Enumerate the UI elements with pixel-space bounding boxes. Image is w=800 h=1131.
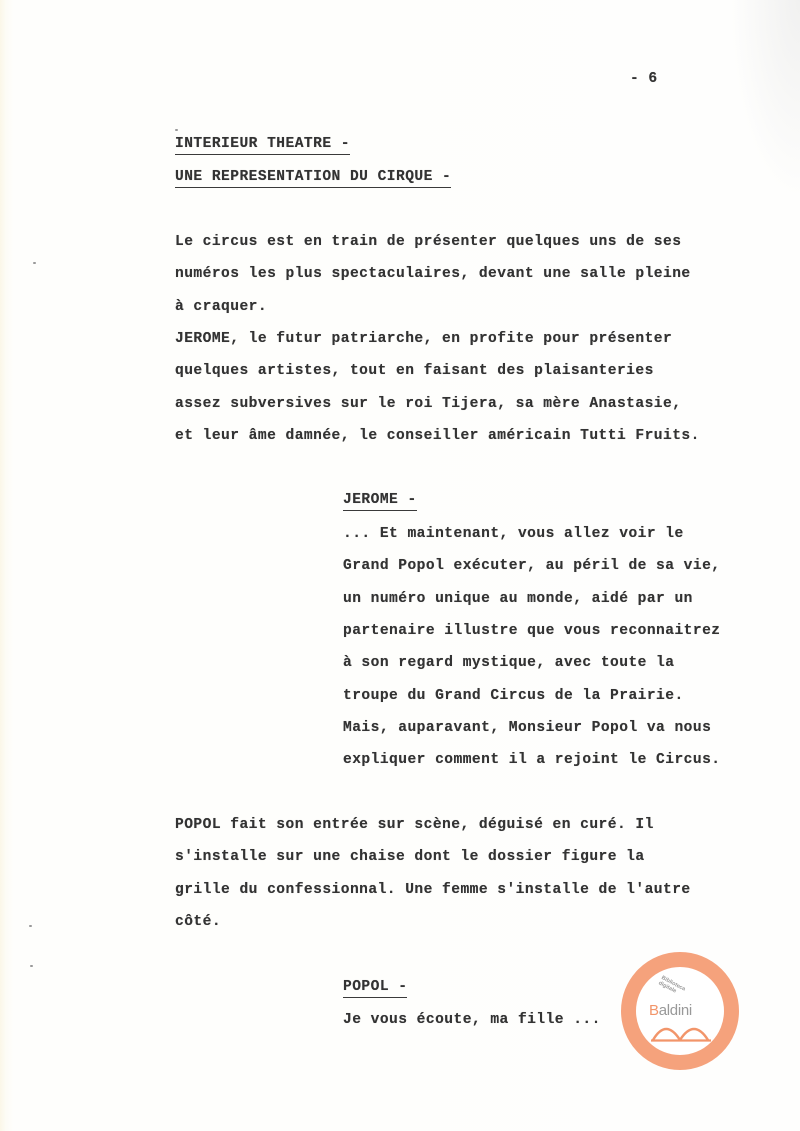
scene-heading-location-text: INTERIEUR THEATRE - <box>175 137 350 155</box>
stamp-name: Baldini <box>649 1002 692 1019</box>
library-stamp: Biblioteca digitale Baldini <box>621 952 739 1070</box>
action-line: s'installe sur une chaise dont le dossie… <box>175 850 645 865</box>
page-edge-shadow <box>730 0 800 200</box>
speaker-jerome-text: JEROME - <box>343 493 417 511</box>
intro-line: à craquer. <box>175 300 267 315</box>
stray-mark <box>30 965 33 967</box>
dialogue-line: expliquer comment il a rejoint le Circus… <box>343 753 721 768</box>
scene-heading-description: UNE REPRESENTATION DU CIRQUE - <box>175 170 451 188</box>
scene-heading-location: INTERIEUR THEATRE - <box>175 137 350 155</box>
dialogue-line: Je vous écoute, ma fille ... <box>343 1013 601 1028</box>
action-line: grille du confessionnal. Une femme s'ins… <box>175 883 691 898</box>
dialogue-line: Mais, auparavant, Monsieur Popol va nous <box>343 721 711 736</box>
speaker-jerome: JEROME - <box>343 493 417 511</box>
action-line: côté. <box>175 915 221 930</box>
dialogue-line: Grand Popol exécuter, au péril de sa vie… <box>343 559 721 574</box>
stamp-name-initial: B <box>649 1002 659 1019</box>
stray-mark <box>33 262 36 264</box>
speaker-popol-text: POPOL - <box>343 980 407 998</box>
stamp-name-rest: aldini <box>659 1002 692 1019</box>
dialogue-line: ... Et maintenant, vous allez voir le <box>343 527 684 542</box>
document-page: - 6 INTERIEUR THEATRE - UNE REPRESENTATI… <box>0 0 800 1131</box>
open-book-icon <box>650 1020 712 1042</box>
dialogue-line: un numéro unique au monde, aidé par un <box>343 592 693 607</box>
scene-heading-description-text: UNE REPRESENTATION DU CIRQUE - <box>175 170 451 188</box>
page-number: - 6 <box>630 72 658 87</box>
dialogue-line: partenaire illustre que vous reconnaitre… <box>343 624 721 639</box>
stray-mark <box>29 925 32 927</box>
stray-mark <box>175 129 178 131</box>
action-line: quelques artistes, tout en faisant des p… <box>175 364 654 379</box>
action-line: et leur âme damnée, le conseiller améric… <box>175 429 700 444</box>
stamp-subtitle: Biblioteca digitale <box>657 975 686 998</box>
intro-line: numéros les plus spectaculaires, devant … <box>175 267 691 282</box>
action-line: POPOL fait son entrée sur scène, déguisé… <box>175 818 654 833</box>
dialogue-line: à son regard mystique, avec toute la <box>343 656 674 671</box>
speaker-popol: POPOL - <box>343 980 407 998</box>
dialogue-line: troupe du Grand Circus de la Prairie. <box>343 689 684 704</box>
action-line: assez subversives sur le roi Tijera, sa … <box>175 397 681 412</box>
intro-line: Le circus est en train de présenter quel… <box>175 235 681 250</box>
action-line: JEROME, le futur patriarche, en profite … <box>175 332 672 347</box>
